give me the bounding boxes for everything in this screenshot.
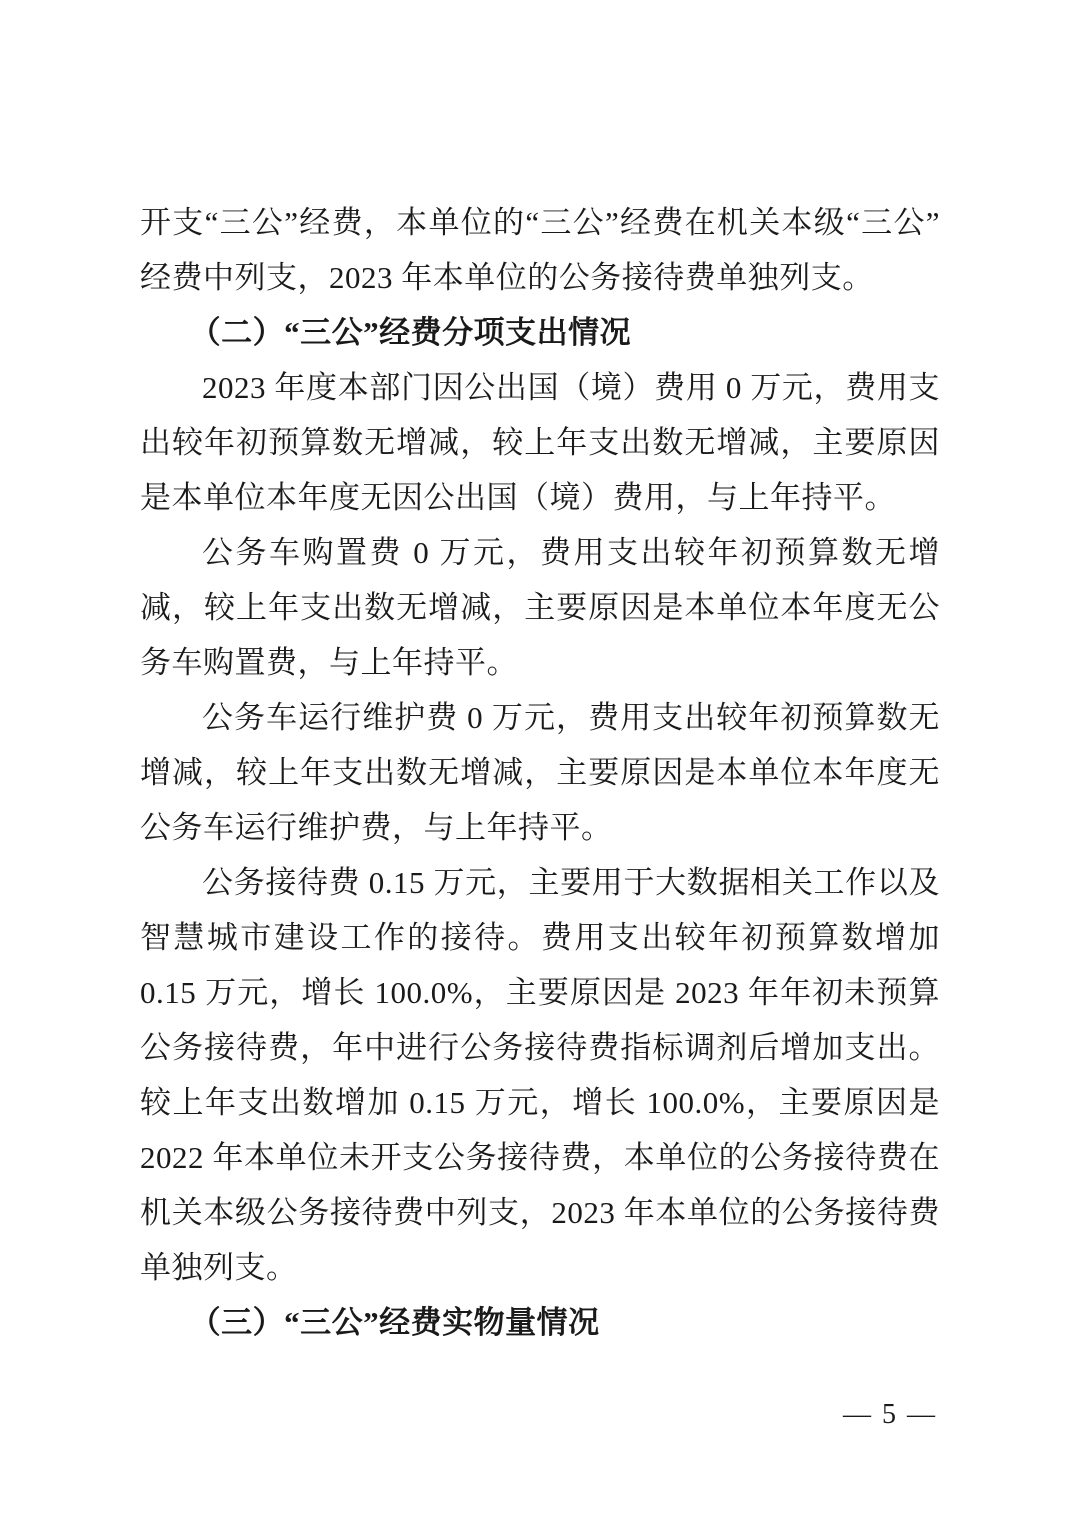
paragraph-vehicle-maintenance: 公务车运行维护费 0 万元，费用支出较年初预算数无增减，较上年支出数无增减，主要… (140, 690, 940, 855)
paragraph-official-reception: 公务接待费 0.15 万元，主要用于大数据相关工作以及智慧城市建设工作的接待。费… (140, 855, 940, 1295)
page-number: — 5 — (843, 1398, 937, 1432)
paragraph-abroad-expense: 2023 年度本部门因公出国（境）费用 0 万元，费用支出较年初预算数无增减，较… (140, 360, 940, 525)
page-number-text: — 5 — (843, 1399, 937, 1430)
paragraph-vehicle-purchase: 公务车购置费 0 万元，费用支出较年初预算数无增减，较上年支出数无增减，主要原因… (140, 525, 940, 690)
paragraph-continuation: 开支“三公”经费，本单位的“三公”经费在机关本级“三公”经费中列支，2023 年… (140, 195, 940, 305)
section-heading-2: （二）“三公”经费分项支出情况 (140, 305, 940, 360)
document-body: 开支“三公”经费，本单位的“三公”经费在机关本级“三公”经费中列支，2023 年… (140, 195, 940, 1350)
document-page: 开支“三公”经费，本单位的“三公”经费在机关本级“三公”经费中列支，2023 年… (0, 0, 1075, 1520)
section-heading-3: （三）“三公”经费实物量情况 (140, 1295, 940, 1350)
